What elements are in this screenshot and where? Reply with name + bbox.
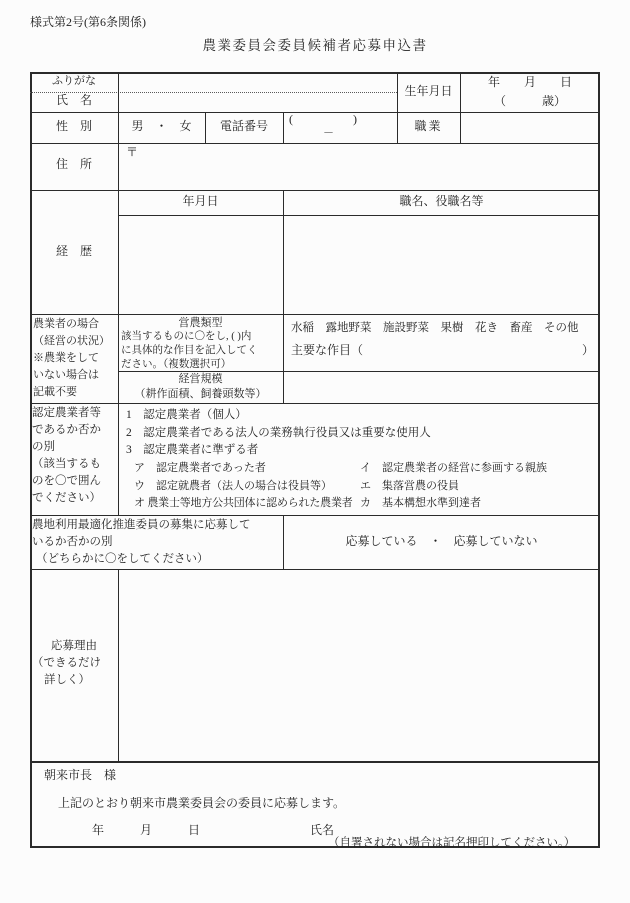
- table-grid-line: [30, 143, 600, 144]
- occupation-field[interactable]: [461, 112, 599, 142]
- reason-label-line: 応募理由: [30, 640, 118, 653]
- form-number: 様式第2号(第6条関係): [30, 16, 146, 30]
- farming-label-line: 農業者の場合: [33, 318, 99, 331]
- age-field[interactable]: （ 歳）: [460, 95, 600, 109]
- farming-scale-note: （耕作面積、飼養頭数等）: [118, 388, 283, 401]
- farming-label-line: 記載不要: [33, 386, 77, 399]
- furigana-label: ふりがな: [30, 75, 118, 88]
- farming-type-note-line: に具体的な作目を記入してく: [121, 345, 258, 357]
- sex-options[interactable]: 男 ・ 女: [118, 120, 205, 134]
- farming-label-line: ※農業をして: [33, 352, 99, 365]
- optimization-choice[interactable]: 応募している ・ 応募していない: [283, 535, 600, 549]
- optimization-label-line: （どちらかに〇をしてください）: [36, 553, 209, 566]
- main-crop-close-paren: ）: [582, 344, 594, 358]
- crop-options[interactable]: 水稲 露地野菜 施設野菜 果樹 花き 畜産 その他: [291, 322, 579, 335]
- reason-entry-area[interactable]: [119, 570, 599, 760]
- career-entry-area[interactable]: [119, 216, 599, 313]
- footer-addressee: 朝来市長 様: [44, 769, 116, 783]
- farming-scale-title: 経営規模: [118, 373, 283, 386]
- address-field[interactable]: [140, 145, 595, 188]
- application-form-sheet: 様式第2号(第6条関係) 農業委員会委員候補者応募申込書 ふりがな 氏 名 生年…: [0, 0, 630, 903]
- certified-option-ka[interactable]: カ 基本構想水準到達者: [360, 497, 481, 510]
- table-grid-line: [30, 314, 600, 315]
- reason-label-line: （できるだけ: [32, 657, 101, 670]
- birthdate-field[interactable]: 年 月 日: [460, 76, 600, 90]
- occupation-label: 職業: [397, 120, 460, 134]
- name-label: 氏 名: [30, 94, 118, 108]
- main-crop-field[interactable]: [365, 342, 577, 360]
- footer-statement: 上記のとおり朝来市農業委員会の委員に応募します。: [58, 797, 345, 811]
- reason-label-line: 詳しく）: [44, 674, 90, 687]
- certified-label-line: でください）: [32, 492, 101, 505]
- farming-type-title: 営農類型: [118, 317, 283, 330]
- certified-option-1[interactable]: 1 認定農業者（個人）: [126, 409, 247, 422]
- footer-note: （自署されない場合は記名押印してください。）: [328, 837, 575, 850]
- career-label: 経 歴: [30, 245, 118, 259]
- certified-label-line: 認定農業者等: [32, 407, 101, 420]
- footer-divider-line: [30, 761, 600, 763]
- signature-field[interactable]: [340, 820, 540, 836]
- certified-option-e[interactable]: エ 集落営農の役員: [360, 480, 459, 493]
- postal-mark: 〒: [126, 146, 138, 160]
- certified-label-line: のを〇で囲ん: [32, 475, 101, 488]
- furigana-field[interactable]: [120, 73, 395, 91]
- phone-label: 電話番号: [205, 120, 283, 134]
- optimization-label-line: いるか否かの別: [32, 536, 113, 549]
- farming-scale-field[interactable]: [284, 372, 599, 402]
- birthdate-label: 生年月日: [397, 85, 460, 99]
- name-field[interactable]: [120, 94, 395, 111]
- table-grid-line: [30, 515, 600, 516]
- table-grid-line: [30, 403, 600, 404]
- farming-label-line: （経営の状況）: [33, 335, 110, 348]
- career-date-header: 年月日: [118, 195, 283, 209]
- signature-label: 氏名: [310, 824, 334, 838]
- sex-label: 性 別: [30, 120, 118, 134]
- farming-label-line: いない場合は: [33, 369, 99, 382]
- footer-date-field[interactable]: 年 月 日: [92, 824, 200, 838]
- main-crop-label: 主要な作目（: [291, 344, 363, 358]
- certified-option-o[interactable]: オ 農業士等地方公共団体に認められた農業者: [134, 497, 353, 510]
- phone-field[interactable]: [284, 112, 396, 142]
- farming-type-note-line: 該当するものに〇をし, ( )内: [121, 331, 251, 343]
- page-title: 農業委員会委員候補者応募申込書: [0, 38, 630, 54]
- optimization-label-line: 農地利用最適化推進委員の募集に応募して: [32, 519, 251, 532]
- certified-option-i[interactable]: イ 認定農業者の経営に参画する親族: [360, 462, 547, 475]
- certified-label-line: であるか否か: [32, 424, 101, 437]
- certified-label-line: の別: [32, 441, 55, 454]
- address-label: 住 所: [30, 158, 118, 172]
- certified-option-u[interactable]: ウ 認定就農者（法人の場合は役員等）: [134, 480, 332, 493]
- certified-option-2[interactable]: 2 認定農業者である法人の業務執行役員又は重要な使用人: [126, 427, 431, 440]
- certified-option-3[interactable]: 3 認定農業者に準ずる者: [126, 444, 258, 457]
- farming-type-note-line: ださい。（複数選択可）: [121, 359, 231, 371]
- career-position-header: 職名、役職名等: [283, 195, 600, 209]
- certified-option-a[interactable]: ア 認定農業者であった者: [134, 462, 266, 475]
- certified-label-line: （該当するも: [32, 458, 101, 471]
- table-grid-line: [30, 190, 600, 191]
